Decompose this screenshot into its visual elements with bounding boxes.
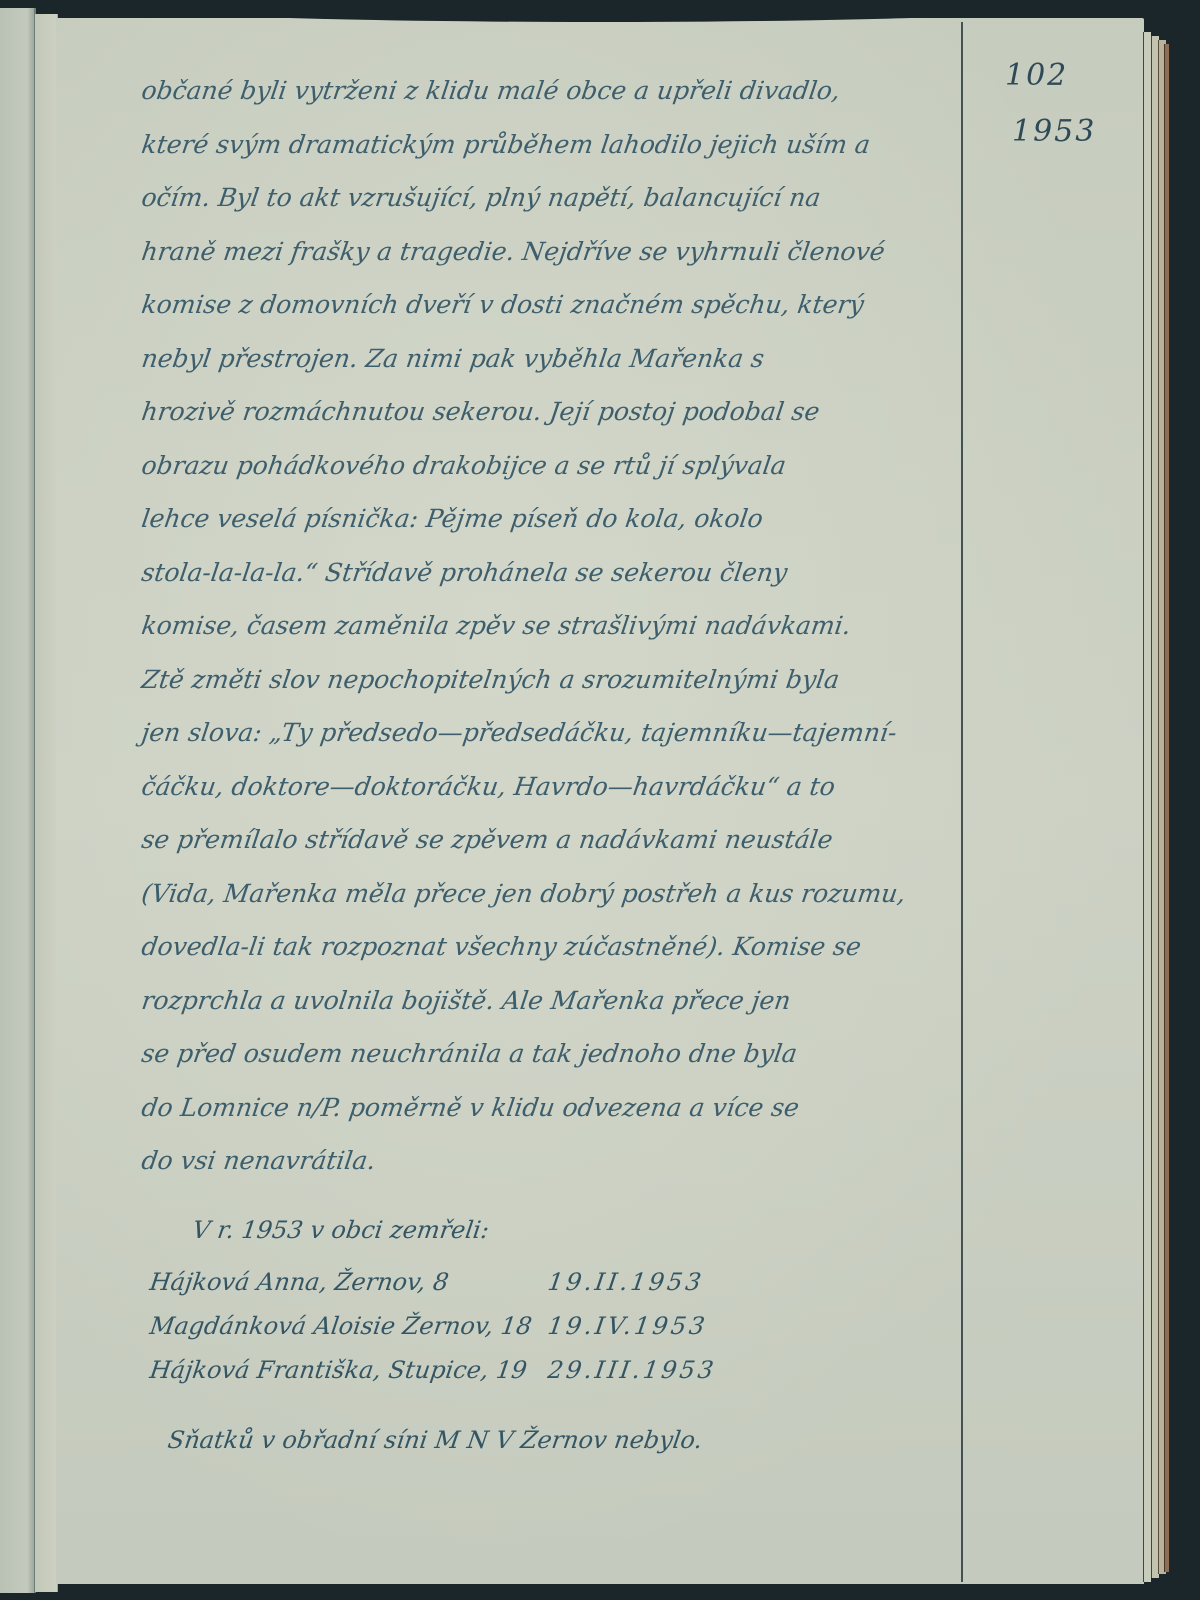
text-line: do Lomnice n/P. poměrně v klidu odvezena…	[138, 1081, 966, 1135]
text-line: (Vida, Mařenka měla přece jen dobrý post…	[138, 867, 966, 921]
page-edge	[1143, 32, 1151, 1582]
text-line: hraně mezi frašky a tragedie. Nejdříve s…	[138, 225, 966, 279]
death-date: 29.III.1953	[545, 1348, 720, 1392]
text-line: dovedla-li tak rozpoznat všechny zúčastn…	[138, 920, 966, 974]
text-line: komise, časem zaměnila zpěv se strašlivý…	[138, 599, 966, 653]
deceased-name: Hájková Františka, Stupice, 19	[147, 1348, 551, 1392]
deceased-name: Hájková Anna, Žernov, 8	[147, 1260, 551, 1304]
text-line: jen slova: „Ty předsedo—předsedáčku, taj…	[138, 706, 966, 760]
text-line: komise z domovních dveří v dosti značném…	[138, 278, 966, 332]
text-line: se před osudem neuchránila a tak jednoho…	[138, 1027, 966, 1081]
text-line: které svým dramatickým průběhem lahodilo…	[138, 118, 966, 172]
death-date: 19.II.1953	[545, 1260, 707, 1304]
margin-rule-line	[961, 22, 963, 1582]
text-line: Ztě změti slov nepochopitelných a srozum…	[138, 653, 966, 707]
death-entry: Hájková Františka, Stupice, 19 29.III.19…	[147, 1348, 853, 1392]
text-line: nebyl přestrojen. Za nimi pak vyběhla Ma…	[138, 332, 966, 386]
text-line: rozprchla a uvolnila bojiště. Ale Mařenk…	[138, 974, 966, 1028]
book-gutter	[35, 14, 58, 1592]
marriages-note: Sňatků v obřadní síni M N V Žernov nebyl…	[166, 1426, 852, 1454]
deceased-name: Magdánková Aloisie Žernov, 18	[147, 1304, 551, 1348]
death-date: 19.IV.1953	[545, 1304, 711, 1348]
text-line: čáčku, doktore—doktoráčku, Havrdo—havrdá…	[138, 760, 966, 814]
margin-year: 1953	[1012, 114, 1096, 149]
deaths-register: V r. 1953 v obci zemřeli: Hájková Anna, …	[150, 1210, 850, 1454]
left-facing-page-edge	[0, 8, 36, 1593]
text-line: lehce veselá písnička: Pějme píseň do ko…	[138, 492, 966, 546]
death-entry: Hájková Anna, Žernov, 8 19.II.1953	[147, 1260, 853, 1304]
scanned-book-spread: 102 1953 občané byli vytrženi z klidu ma…	[0, 0, 1200, 1600]
book-cover-edge	[1164, 44, 1169, 1572]
deaths-heading: V r. 1953 v obci zemřeli:	[188, 1210, 853, 1260]
chronicle-body-text: občané byli vytrženi z klidu malé obce a…	[138, 64, 958, 1188]
death-entry: Magdánková Aloisie Žernov, 18 19.IV.1953	[147, 1304, 853, 1348]
page-number: 102	[1005, 58, 1068, 93]
text-line: hrozivě rozmáchnutou sekerou. Její posto…	[138, 385, 966, 439]
text-line: se přemílalo střídavě se zpěvem a nadávk…	[138, 813, 966, 867]
text-line: občané byli vytrženi z klidu malé obce a…	[138, 64, 966, 118]
text-line: stola-la-la-la.“ Střídavě prohánela se s…	[138, 546, 966, 600]
text-line: do vsi nenavrátila.	[138, 1134, 966, 1188]
text-line: očím. Byl to akt vzrušující, plný napětí…	[138, 171, 966, 225]
text-line: obrazu pohádkového drakobijce a se rtů j…	[138, 439, 966, 493]
